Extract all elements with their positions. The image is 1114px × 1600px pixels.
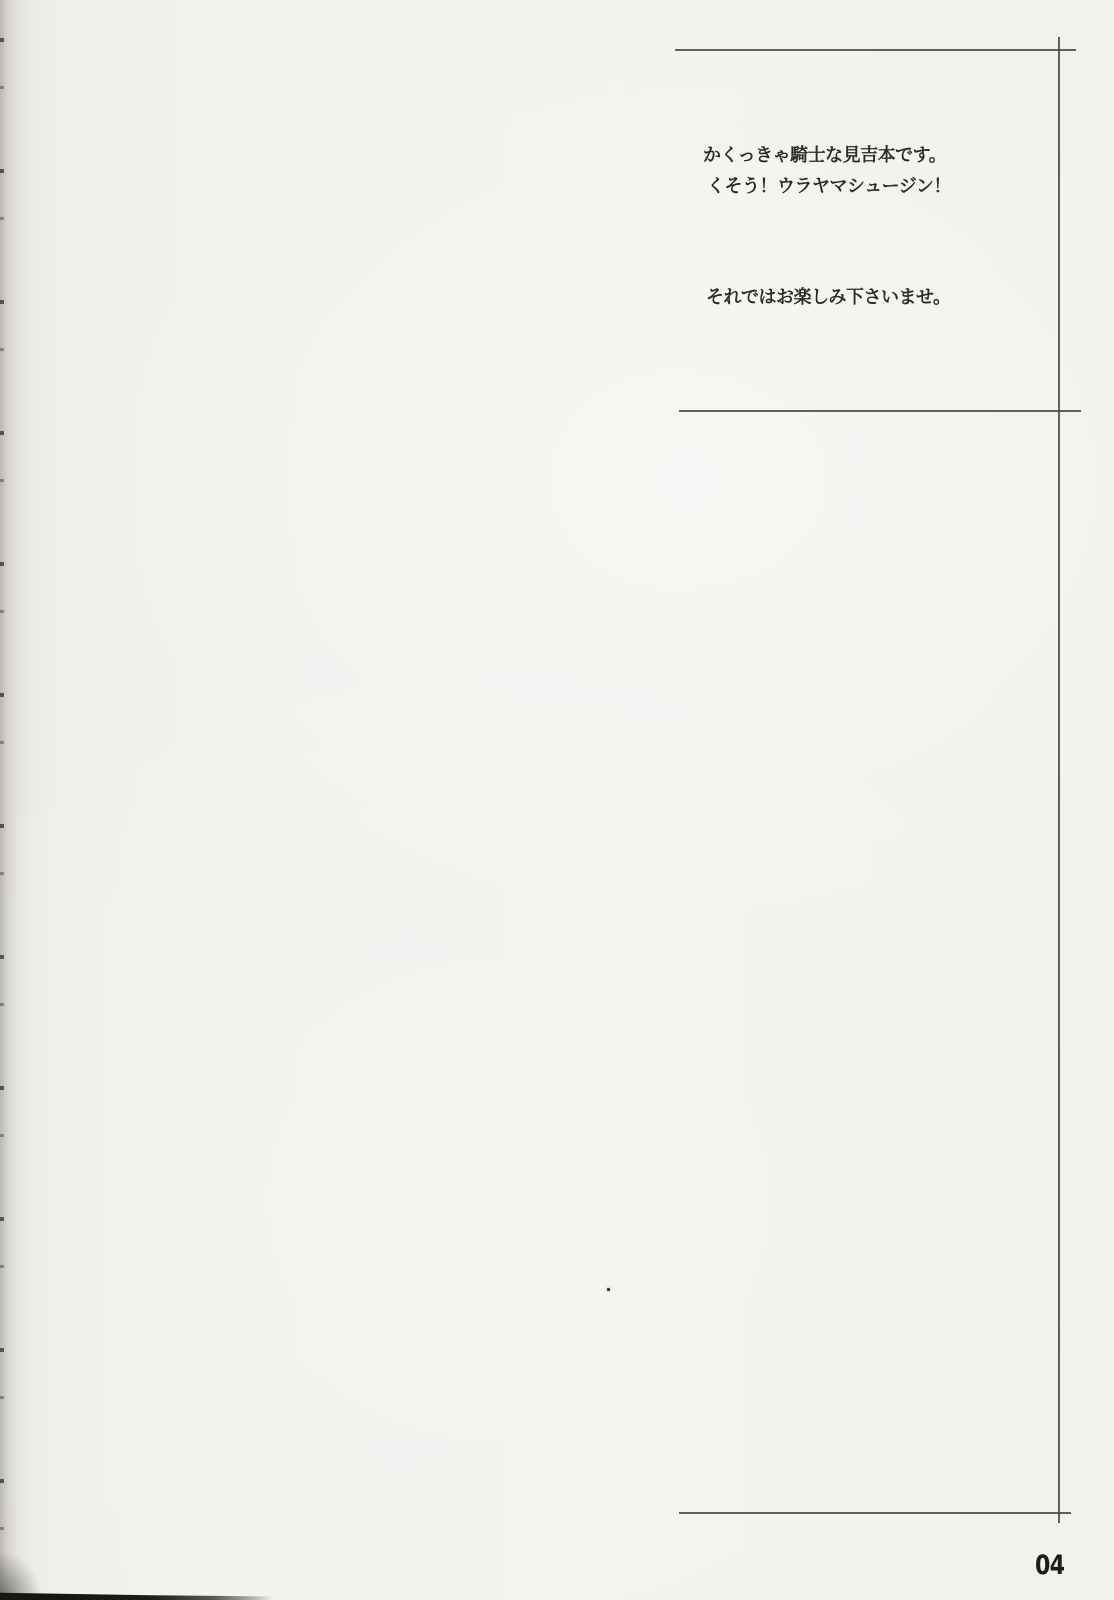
page-number: 04 xyxy=(1035,1550,1064,1581)
scanned-document-page: かくっきゃ騎士な見吉本です。 くそう！ウラヤマシュージン！ それではお楽しみ下さ… xyxy=(0,0,1114,1600)
comment-closing-line: それではお楽しみ下さいませ。 xyxy=(706,283,950,309)
right-vertical-rule xyxy=(1058,37,1060,1523)
middle-horizontal-rule xyxy=(679,410,1081,412)
left-binding-edge xyxy=(0,0,46,1600)
bottom-left-corner-shadow xyxy=(0,1554,40,1600)
comment-text-line-2: くそう！ウラヤマシュージン！ xyxy=(707,172,951,198)
top-horizontal-rule xyxy=(675,49,1076,51)
binding-speck-marks xyxy=(0,0,4,1600)
comment-text-line-1: かくっきゃ騎士な見吉本です。 xyxy=(703,141,946,167)
bottom-horizontal-rule xyxy=(679,1512,1071,1514)
ink-speck xyxy=(607,1288,610,1291)
bottom-scan-edge xyxy=(0,1592,274,1600)
